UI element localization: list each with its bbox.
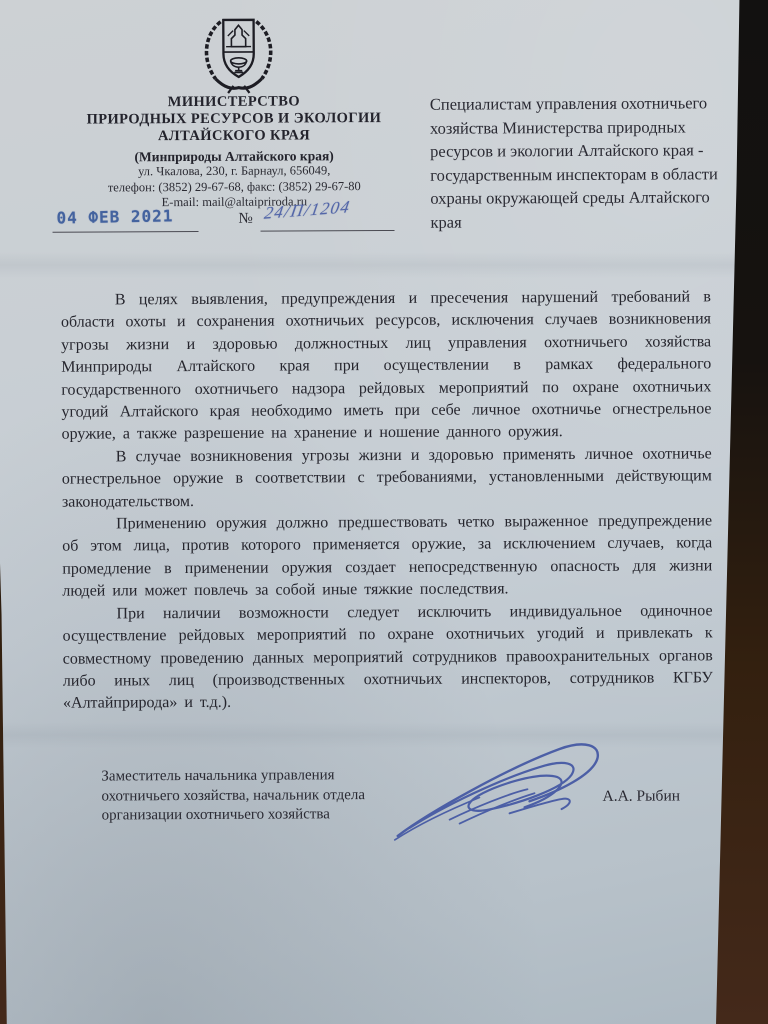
number-underline: [261, 230, 395, 232]
body-paragraph-1: В целях выявления, предупреждения и прес…: [61, 286, 712, 446]
body-paragraph-2: В случае возникновения угрозы жизни и зд…: [62, 443, 712, 514]
body-paragraph-4: При наличии возможности следует исключит…: [62, 600, 713, 715]
ministry-name-line2: ПРИРОДНЫХ РЕСУРСОВ И ЭКОЛОГИИ: [56, 110, 412, 129]
handwritten-signature-icon: [389, 727, 610, 843]
ministry-name-line3: АЛТАЙСКОГО КРАЯ: [56, 127, 412, 146]
letter-body: В целях выявления, предупреждения и прес…: [61, 286, 713, 715]
date-underline: [53, 231, 199, 233]
recipient-block: Специалистам управления охотничьего хозя…: [430, 91, 731, 234]
ministry-header: МИНИСТЕРСТВО ПРИРОДНЫХ РЕСУРСОВ И ЭКОЛОГ…: [56, 93, 412, 166]
number-sign: №: [238, 211, 252, 228]
signer-name: А.А. Рыбин: [602, 787, 680, 805]
body-paragraph-3: Применению оружия должно предшествовать …: [62, 510, 712, 603]
address-block: ул. Чкалова, 230, г. Барнаул, 656049, те…: [40, 163, 428, 212]
date-stamp: 04 ФЕВ 2021: [56, 206, 173, 227]
altai-krai-emblem-icon: [193, 13, 283, 95]
ministry-name-line1: МИНИСТЕРСТВО: [56, 93, 412, 112]
letter-content: МИНИСТЕРСТВО ПРИРОДНЫХ РЕСУРСОВ И ЭКОЛОГ…: [0, 0, 768, 1024]
